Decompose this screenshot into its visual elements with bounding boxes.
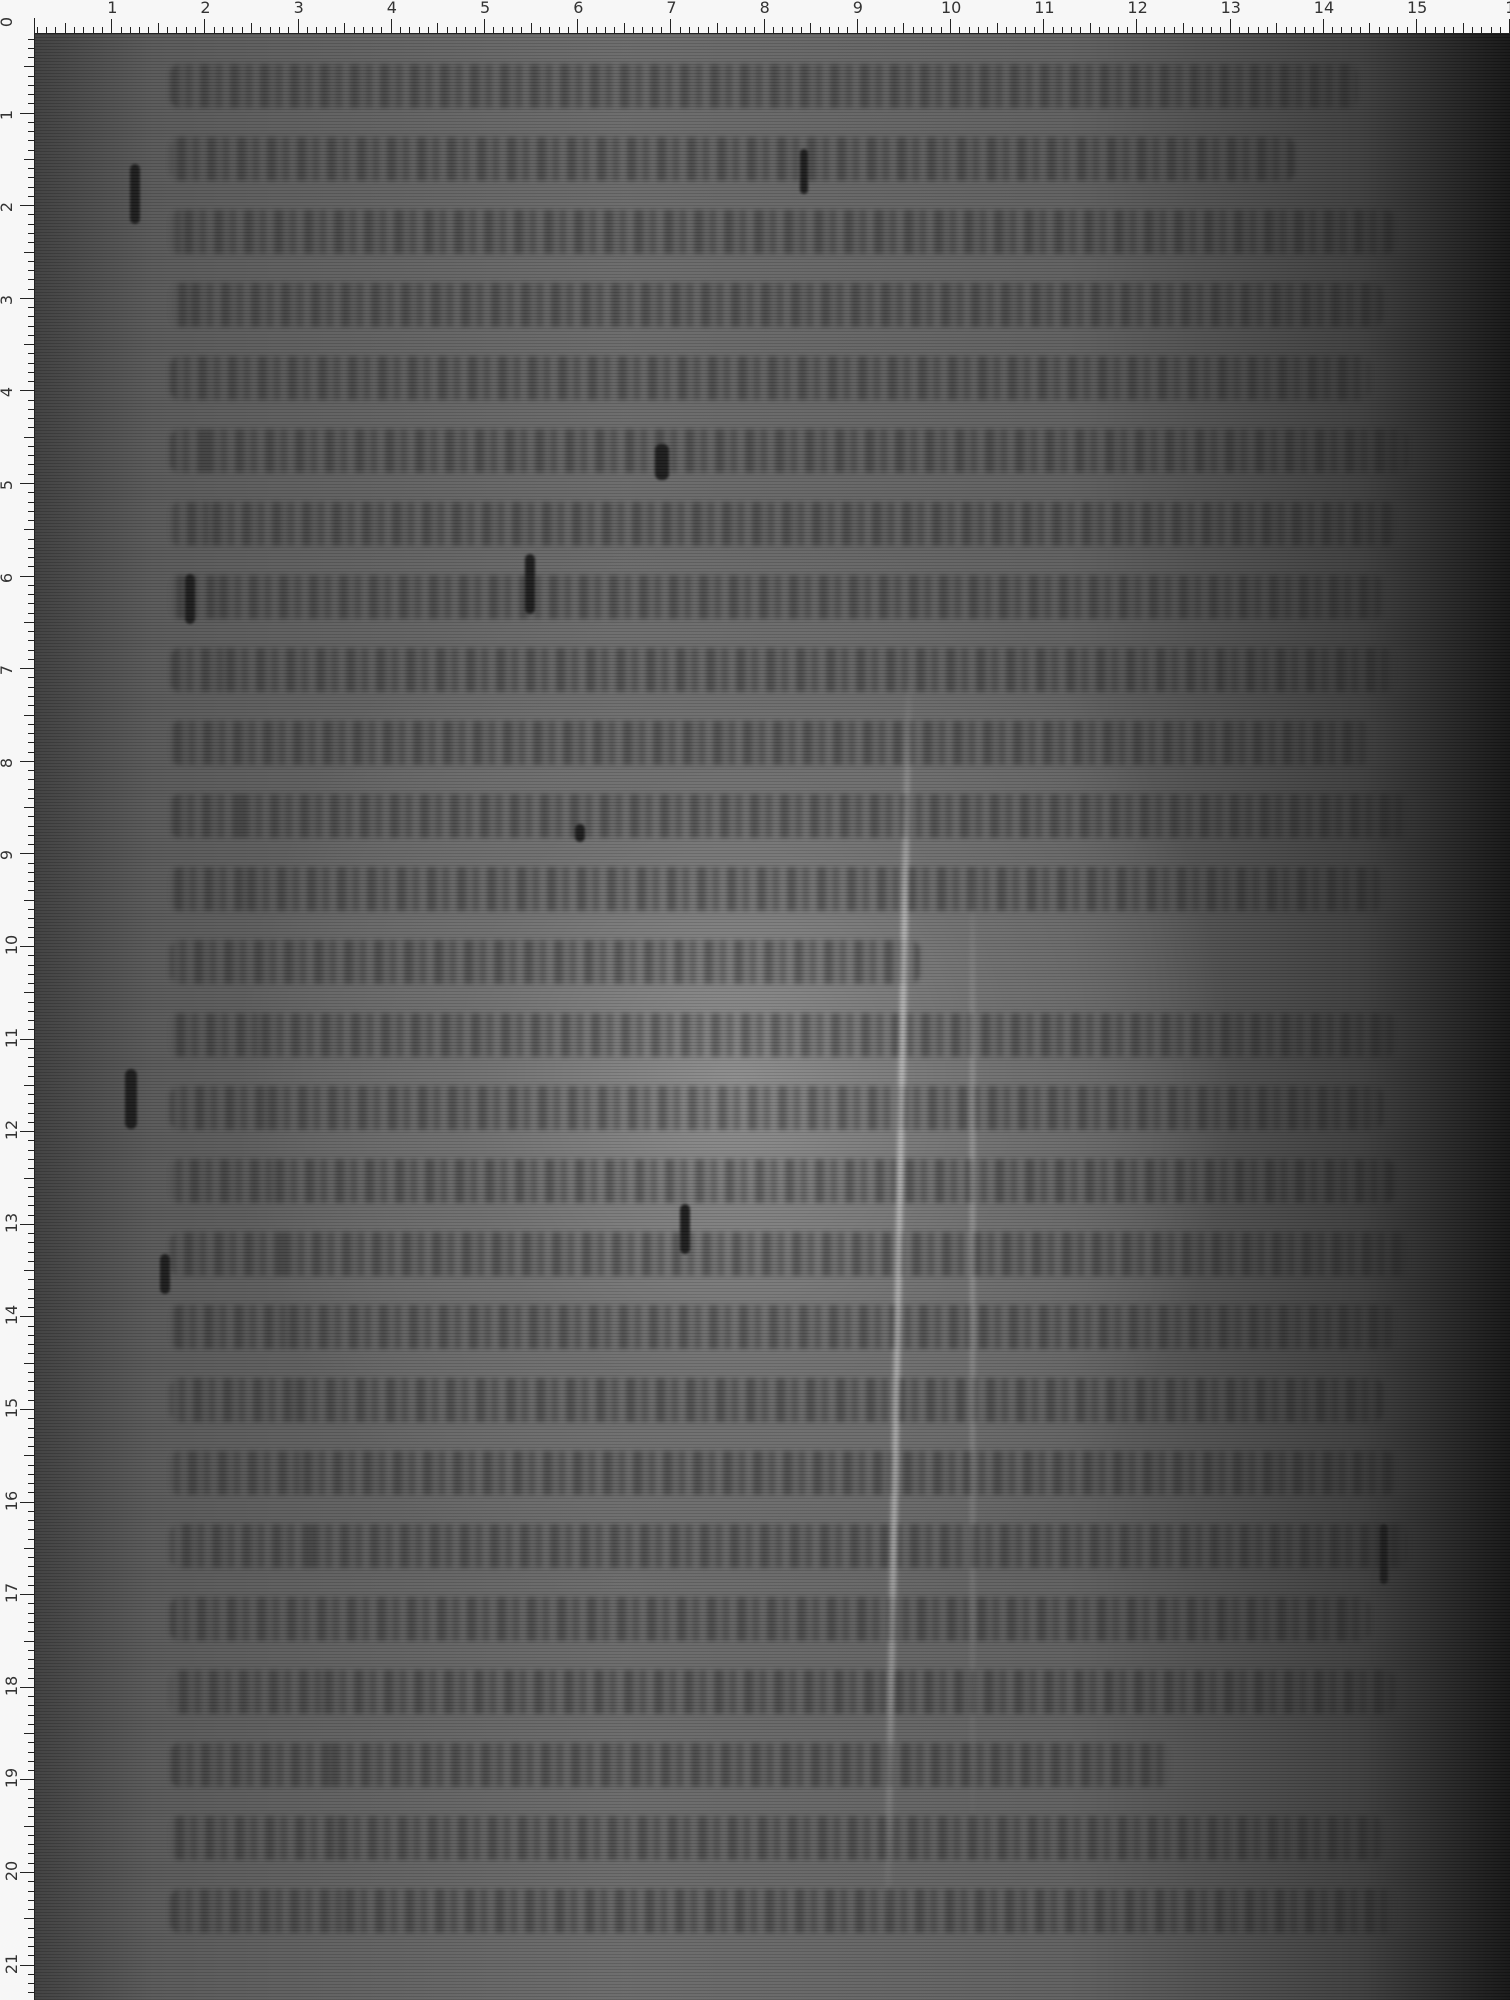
left-ruler-tick xyxy=(28,1289,34,1290)
top-ruler-tick xyxy=(251,23,252,33)
top-ruler-tick xyxy=(1444,27,1445,33)
top-ruler-tick xyxy=(1369,23,1370,33)
left-ruler-tick xyxy=(28,464,34,465)
left-ruler-tick xyxy=(28,1705,34,1706)
left-ruler-label: 19 xyxy=(4,1768,20,1788)
top-ruler-tick xyxy=(437,23,438,33)
top-ruler-tick xyxy=(1397,27,1398,33)
left-ruler-tick xyxy=(28,335,34,336)
top-ruler-tick xyxy=(1136,19,1137,33)
top-ruler-tick xyxy=(1388,27,1389,33)
left-ruler-tick xyxy=(28,1613,34,1614)
left-ruler-tick xyxy=(28,233,34,234)
left-ruler-label: 2 xyxy=(0,202,15,212)
top-ruler-tick xyxy=(773,27,774,33)
left-ruler-tick xyxy=(28,1307,34,1308)
manuscript-text-line xyxy=(170,1743,1170,1787)
top-ruler-tick xyxy=(736,27,737,33)
left-ruler-tick xyxy=(28,1215,34,1216)
left-ruler-tick xyxy=(28,242,34,243)
top-ruler-tick xyxy=(288,27,289,33)
left-ruler-tick xyxy=(28,1557,34,1558)
ink-mark xyxy=(185,574,195,624)
left-ruler-tick xyxy=(20,1687,34,1688)
top-ruler-tick xyxy=(335,27,336,33)
left-ruler-tick xyxy=(28,1696,34,1697)
top-ruler-tick xyxy=(223,27,224,33)
left-ruler-tick xyxy=(28,927,34,928)
top-ruler-tick xyxy=(316,27,317,33)
left-ruler-tick xyxy=(24,529,34,530)
top-ruler-tick xyxy=(959,27,960,33)
manuscript-text-line xyxy=(170,356,1370,400)
left-ruler-tick xyxy=(24,252,34,253)
left-ruler-tick xyxy=(28,733,34,734)
left-ruler-tick xyxy=(28,1900,34,1901)
left-ruler-tick xyxy=(28,1372,34,1373)
left-ruler-tick xyxy=(28,1891,34,1892)
left-ruler-tick xyxy=(28,1150,34,1151)
left-ruler-tick xyxy=(20,668,34,669)
top-ruler-tick xyxy=(1164,27,1165,33)
top-ruler-tick xyxy=(1127,27,1128,33)
left-ruler-tick xyxy=(28,539,34,540)
top-ruler-tick xyxy=(102,27,103,33)
top-ruler-tick xyxy=(139,27,140,33)
manuscript-text-line xyxy=(170,1378,1383,1422)
left-ruler-tick xyxy=(28,983,34,984)
top-ruler-tick xyxy=(1323,19,1324,33)
top-ruler-tick xyxy=(587,27,588,33)
top-ruler-label: 6 xyxy=(573,0,583,16)
top-ruler-label: 12 xyxy=(1127,0,1147,16)
left-ruler-label: 10 xyxy=(4,935,20,955)
left-ruler-tick xyxy=(28,1992,34,1993)
left-ruler-tick xyxy=(28,798,34,799)
top-ruler-tick xyxy=(1500,27,1501,33)
left-ruler-tick xyxy=(24,1085,34,1086)
top-ruler: 01234567891011121314151 xyxy=(0,0,1510,34)
left-ruler-tick xyxy=(24,1455,34,1456)
left-ruler-tick xyxy=(28,816,34,817)
top-ruler-tick xyxy=(121,27,122,33)
left-ruler-tick xyxy=(28,918,34,919)
ink-mark xyxy=(655,444,669,480)
left-ruler-tick xyxy=(28,557,34,558)
top-ruler-tick xyxy=(1379,27,1380,33)
left-ruler-tick xyxy=(28,270,34,271)
left-ruler-tick xyxy=(28,1020,34,1021)
top-ruler-tick xyxy=(596,27,597,33)
left-ruler-tick xyxy=(28,1853,34,1854)
top-ruler-tick xyxy=(1071,27,1072,33)
left-ruler-tick xyxy=(28,381,34,382)
top-ruler-tick xyxy=(1043,19,1044,33)
left-ruler-tick xyxy=(28,1446,34,1447)
left-ruler-tick xyxy=(28,57,34,58)
left-ruler-tick xyxy=(28,122,34,123)
left-ruler-tick xyxy=(28,316,34,317)
left-ruler-tick xyxy=(28,103,34,104)
left-ruler-tick xyxy=(28,1603,34,1604)
left-ruler-tick xyxy=(28,1742,34,1743)
left-ruler-tick xyxy=(28,446,34,447)
top-ruler-tick xyxy=(810,23,811,33)
left-ruler-tick xyxy=(28,1298,34,1299)
left-ruler-tick xyxy=(28,789,34,790)
top-ruler-tick xyxy=(698,27,699,33)
manuscript-text-line xyxy=(170,502,1395,546)
top-ruler-tick xyxy=(363,27,364,33)
top-ruler-tick xyxy=(661,27,662,33)
top-ruler-tick xyxy=(1304,27,1305,33)
left-ruler-label: 6 xyxy=(0,573,15,583)
left-ruler-tick xyxy=(24,992,34,993)
top-ruler-tick xyxy=(214,27,215,33)
left-ruler-label: 16 xyxy=(4,1490,20,1510)
left-ruler-tick xyxy=(28,1187,34,1188)
top-ruler-tick xyxy=(1053,27,1054,33)
ink-mark xyxy=(800,149,808,194)
left-ruler-tick xyxy=(20,1039,34,1040)
top-ruler-tick xyxy=(903,23,904,33)
left-ruler-tick xyxy=(28,1928,34,1929)
top-ruler-tick xyxy=(111,19,112,33)
left-ruler-label: 17 xyxy=(4,1583,20,1603)
left-ruler-tick xyxy=(28,937,34,938)
left-ruler-tick xyxy=(28,1353,34,1354)
left-ruler-tick xyxy=(28,844,34,845)
top-ruler-tick xyxy=(1258,27,1259,33)
left-ruler-tick xyxy=(24,1270,34,1271)
top-ruler-tick xyxy=(381,27,382,33)
top-ruler-label: 9 xyxy=(853,0,863,16)
top-ruler-label: 10 xyxy=(941,0,961,16)
top-ruler-tick xyxy=(74,27,75,33)
top-ruler-tick xyxy=(1332,27,1333,33)
left-ruler-tick xyxy=(28,742,34,743)
left-ruler-label: 9 xyxy=(0,850,15,860)
top-ruler-tick xyxy=(456,27,457,33)
left-ruler-tick xyxy=(24,1826,34,1827)
left-ruler-tick xyxy=(28,1335,34,1336)
manuscript-text-line xyxy=(170,794,1408,838)
left-ruler-label: 15 xyxy=(4,1398,20,1418)
left-ruler-tick xyxy=(24,900,34,901)
left-ruler-tick xyxy=(28,1909,34,1910)
top-ruler-tick xyxy=(1463,23,1464,33)
top-ruler-tick xyxy=(577,19,578,33)
manuscript-text-line xyxy=(170,940,920,984)
left-ruler-tick xyxy=(28,94,34,95)
top-ruler-tick xyxy=(409,27,410,33)
manuscript-text-line xyxy=(170,1889,1395,1933)
top-ruler-label: 1 xyxy=(1505,0,1510,16)
manuscript-text-line xyxy=(170,1816,1383,1860)
left-ruler-tick xyxy=(28,1400,34,1401)
left-ruler-tick xyxy=(20,1131,34,1132)
top-ruler-tick xyxy=(186,27,187,33)
left-ruler-tick xyxy=(20,483,34,484)
manuscript-text-line xyxy=(170,1305,1395,1349)
top-ruler-tick xyxy=(969,27,970,33)
top-ruler-tick xyxy=(195,27,196,33)
top-ruler-tick xyxy=(1239,27,1240,33)
left-ruler-label: 20 xyxy=(4,1861,20,1881)
left-ruler-tick xyxy=(28,1752,34,1753)
left-ruler-label: 8 xyxy=(0,758,15,768)
left-ruler-tick xyxy=(28,474,34,475)
top-ruler-tick xyxy=(1351,27,1352,33)
left-ruler-tick xyxy=(28,1233,34,1234)
top-ruler-tick xyxy=(1006,27,1007,33)
top-ruler-label: 13 xyxy=(1221,0,1241,16)
top-ruler-tick xyxy=(55,27,56,33)
left-ruler-tick xyxy=(28,594,34,595)
top-ruler-tick xyxy=(997,23,998,33)
left-ruler-tick xyxy=(24,159,34,160)
left-ruler-tick xyxy=(28,279,34,280)
left-ruler-tick xyxy=(28,1863,34,1864)
top-ruler-tick xyxy=(1313,27,1314,33)
left-ruler-tick xyxy=(28,677,34,678)
left-ruler-tick xyxy=(28,1807,34,1808)
left-ruler-tick xyxy=(28,955,34,956)
left-ruler-tick xyxy=(20,298,34,299)
left-ruler-tick xyxy=(28,909,34,910)
top-ruler-tick xyxy=(1108,27,1109,33)
top-ruler-tick xyxy=(475,27,476,33)
left-ruler-tick xyxy=(28,1668,34,1669)
left-ruler-tick xyxy=(28,835,34,836)
left-ruler-tick xyxy=(28,1566,34,1567)
top-ruler-tick xyxy=(1267,27,1268,33)
top-ruler-tick xyxy=(624,23,625,33)
left-ruler-tick xyxy=(28,353,34,354)
left-ruler-label: 11 xyxy=(4,1027,20,1047)
left-ruler-tick xyxy=(28,1196,34,1197)
top-ruler-tick xyxy=(391,19,392,33)
left-ruler-tick xyxy=(28,890,34,891)
left-ruler-tick xyxy=(28,1715,34,1716)
left-ruler-tick xyxy=(28,76,34,77)
top-ruler-tick xyxy=(875,27,876,33)
left-ruler-tick xyxy=(28,1816,34,1817)
manuscript-text-line xyxy=(170,429,1408,473)
left-ruler-tick xyxy=(20,1965,34,1966)
left-ruler-tick xyxy=(20,761,34,762)
left-ruler-tick xyxy=(28,650,34,651)
manuscript-text-line xyxy=(170,721,1370,765)
left-ruler-tick xyxy=(28,1261,34,1262)
left-ruler-label: 21 xyxy=(4,1953,20,1973)
left-ruler-tick xyxy=(20,853,34,854)
top-ruler-tick xyxy=(689,27,690,33)
left-ruler-tick xyxy=(28,131,34,132)
left-ruler-tick xyxy=(28,863,34,864)
left-ruler-tick xyxy=(24,1178,34,1179)
manuscript-text-line xyxy=(170,1013,1395,1057)
top-ruler-label: 5 xyxy=(480,0,490,16)
left-ruler-tick xyxy=(28,548,34,549)
top-ruler-tick xyxy=(148,27,149,33)
top-ruler-tick xyxy=(708,27,709,33)
left-ruler-tick xyxy=(24,66,34,67)
left-ruler-tick xyxy=(28,1631,34,1632)
top-ruler-tick xyxy=(1118,27,1119,33)
left-ruler-tick xyxy=(28,659,34,660)
left-ruler-tick xyxy=(28,1140,34,1141)
left-ruler-tick xyxy=(28,1650,34,1651)
left-ruler-tick xyxy=(28,965,34,966)
top-ruler-tick xyxy=(633,27,634,33)
top-ruler-tick xyxy=(372,27,373,33)
left-ruler-tick xyxy=(28,1937,34,1938)
ink-mark xyxy=(575,824,585,842)
top-ruler-tick xyxy=(1080,27,1081,33)
left-ruler-tick xyxy=(28,1474,34,1475)
left-ruler-tick xyxy=(28,566,34,567)
left-ruler-tick xyxy=(28,1326,34,1327)
left-ruler-tick xyxy=(28,974,34,975)
left-ruler-label: 7 xyxy=(0,665,15,675)
top-ruler-tick xyxy=(130,27,131,33)
manuscript-text-line xyxy=(170,1232,1408,1276)
left-ruler-tick xyxy=(28,1622,34,1623)
left-ruler-tick xyxy=(28,289,34,290)
top-ruler-tick xyxy=(1062,27,1063,33)
top-ruler-tick xyxy=(559,27,560,33)
left-ruler-tick xyxy=(28,1252,34,1253)
top-ruler-tick xyxy=(1230,19,1231,33)
top-ruler-label: 2 xyxy=(200,0,210,16)
left-ruler-tick xyxy=(28,1881,34,1882)
left-ruler-tick xyxy=(28,1076,34,1077)
manuscript-text-line xyxy=(170,1597,1370,1641)
manuscript-text-line xyxy=(170,1670,1395,1714)
manuscript-text-line xyxy=(170,575,1383,619)
left-ruler-tick xyxy=(20,1224,34,1225)
left-ruler-tick xyxy=(28,39,34,40)
left-ruler-tick xyxy=(28,372,34,373)
top-ruler-tick xyxy=(894,27,895,33)
left-ruler-tick xyxy=(28,724,34,725)
top-ruler-tick xyxy=(1416,19,1417,33)
left-ruler-tick xyxy=(24,807,34,808)
top-ruler-tick xyxy=(1248,27,1249,33)
left-ruler-label: 1 xyxy=(0,110,15,120)
top-ruler-tick xyxy=(857,19,858,33)
top-ruler-tick xyxy=(93,27,94,33)
top-ruler-label: 1 xyxy=(107,0,117,16)
left-ruler-tick xyxy=(28,779,34,780)
left-ruler-tick xyxy=(28,1057,34,1058)
top-ruler-tick xyxy=(158,23,159,33)
top-ruler-tick xyxy=(1146,27,1147,33)
top-ruler-tick xyxy=(1472,27,1473,33)
left-ruler-tick xyxy=(28,613,34,614)
top-ruler-tick xyxy=(176,27,177,33)
left-ruler: 0123456789101112131415161718192021 xyxy=(0,0,34,2000)
left-ruler-tick xyxy=(28,1011,34,1012)
top-ruler-tick xyxy=(1090,23,1091,33)
left-ruler-tick xyxy=(28,1520,34,1521)
top-ruler-tick xyxy=(37,27,38,33)
left-ruler-tick xyxy=(24,1641,34,1642)
left-ruler-tick xyxy=(28,150,34,151)
left-ruler-tick xyxy=(28,603,34,604)
left-ruler-tick xyxy=(28,1159,34,1160)
left-ruler-tick xyxy=(28,1529,34,1530)
left-ruler-tick xyxy=(28,85,34,86)
top-ruler-tick xyxy=(745,27,746,33)
left-ruler-tick xyxy=(28,140,34,141)
top-ruler-label: 4 xyxy=(387,0,397,16)
top-ruler-tick xyxy=(717,23,718,33)
left-ruler-tick xyxy=(20,576,34,577)
left-ruler-tick xyxy=(28,1678,34,1679)
ink-mark xyxy=(1380,1524,1388,1584)
left-ruler-tick xyxy=(28,1418,34,1419)
top-ruler-tick xyxy=(1015,27,1016,33)
left-ruler-label: 4 xyxy=(0,387,15,397)
top-ruler-tick xyxy=(1341,27,1342,33)
top-ruler-tick xyxy=(1025,27,1026,33)
ink-mark xyxy=(125,1069,137,1129)
top-ruler-tick xyxy=(866,27,867,33)
top-ruler-tick xyxy=(419,27,420,33)
left-ruler-tick xyxy=(28,1381,34,1382)
left-ruler-tick xyxy=(24,1363,34,1364)
top-ruler-tick xyxy=(204,19,205,33)
left-ruler-tick xyxy=(28,1205,34,1206)
top-ruler-tick xyxy=(493,27,494,33)
left-ruler-tick xyxy=(28,1659,34,1660)
left-ruler-label: 0 xyxy=(0,17,15,27)
left-ruler-tick xyxy=(20,205,34,206)
left-ruler-tick xyxy=(20,1502,34,1503)
top-ruler-tick xyxy=(792,27,793,33)
left-ruler-tick xyxy=(28,1002,34,1003)
left-ruler-tick xyxy=(28,1576,34,1577)
top-ruler-tick xyxy=(754,27,755,33)
left-ruler-tick xyxy=(28,872,34,873)
manuscript-text-line xyxy=(170,283,1383,327)
left-ruler-tick xyxy=(28,261,34,262)
left-ruler-tick xyxy=(28,418,34,419)
left-ruler-tick xyxy=(24,344,34,345)
top-ruler-tick xyxy=(820,27,821,33)
left-ruler-tick xyxy=(20,1872,34,1873)
top-ruler-tick xyxy=(829,27,830,33)
top-ruler-tick xyxy=(400,27,401,33)
top-ruler-tick xyxy=(1435,27,1436,33)
left-ruler-tick xyxy=(28,1511,34,1512)
top-ruler-tick xyxy=(344,23,345,33)
left-ruler-tick xyxy=(24,437,34,438)
top-ruler-tick xyxy=(540,27,541,33)
ink-mark xyxy=(130,164,140,224)
top-ruler-label: 8 xyxy=(760,0,770,16)
manuscript-text-block xyxy=(170,54,1420,1994)
left-ruler-tick xyxy=(28,1983,34,1984)
left-ruler-tick xyxy=(28,1946,34,1947)
left-ruler-tick xyxy=(28,1168,34,1169)
manuscript-text-line xyxy=(170,1524,1408,1568)
left-ruler-tick xyxy=(20,946,34,947)
left-ruler-tick xyxy=(28,1483,34,1484)
top-ruler-label: 14 xyxy=(1314,0,1334,16)
